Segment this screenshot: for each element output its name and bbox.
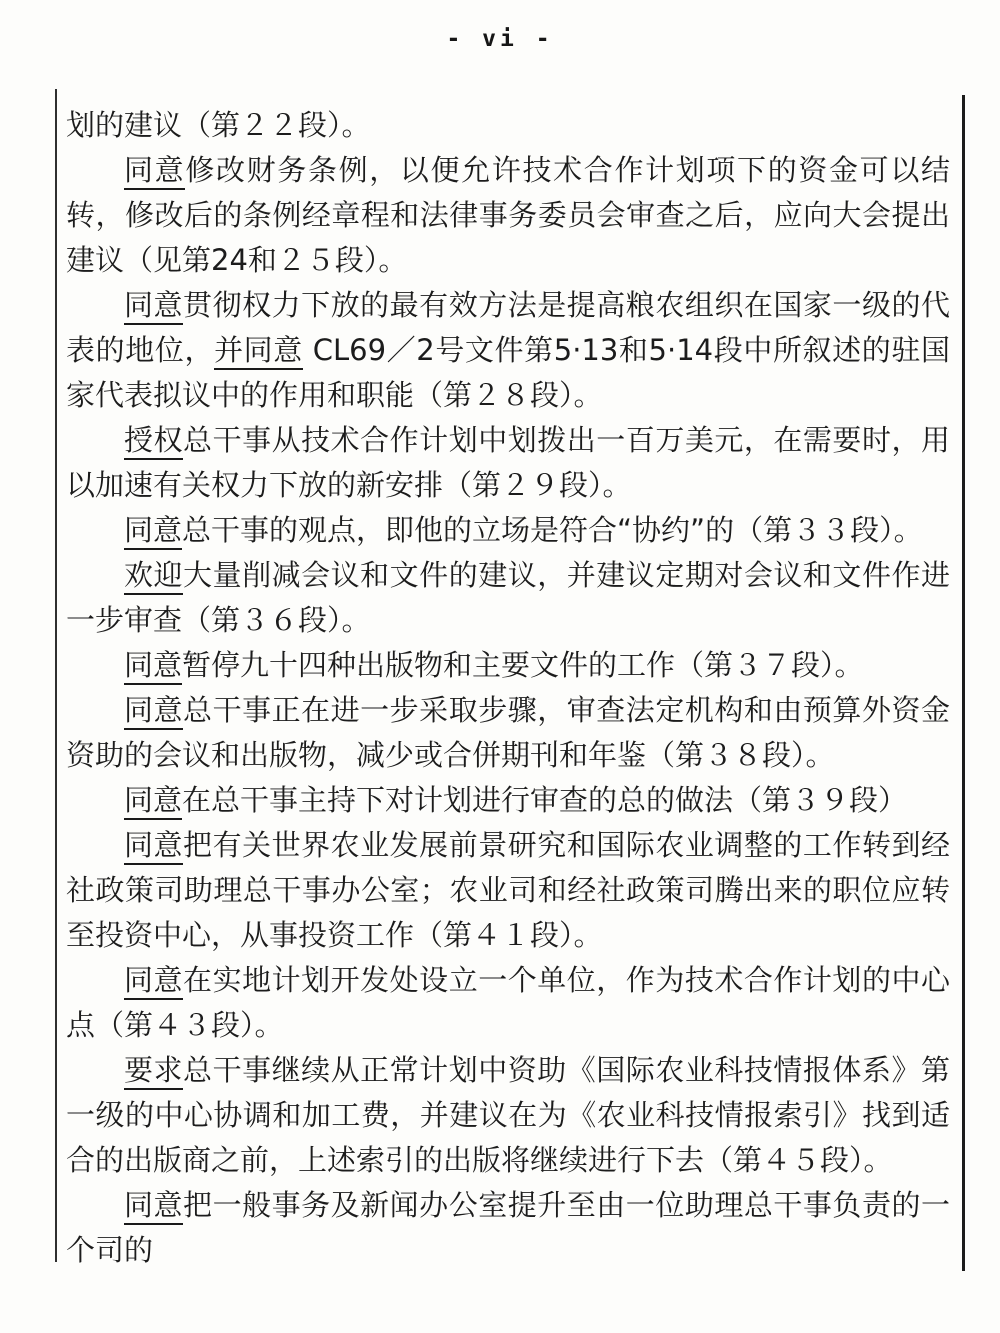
paragraph: 同意总干事的观点，即他的立场是符合“协约”的（第３３段）。 — [66, 508, 950, 553]
page-frame-left-line — [55, 89, 57, 1262]
paragraph-text: 修改财务条例，以便允许技术合作计划项下的资金可以结转，修改后的条例经章程和法律事… — [66, 153, 950, 277]
paragraph-text: 总干事从技术合作计划中划拨出一百万美元，在需要时，用以加速有关权力下放的新安排（… — [66, 423, 950, 502]
underlined-keyword: 同意 — [124, 828, 183, 865]
paragraph-text: 在总干事主持下对计划进行审查的总的做法（第３９段） — [182, 783, 907, 817]
paragraph-text: 把一般事务及新闻办公室提升至由一位助理总干事负责的一个司的 — [66, 1188, 950, 1267]
paragraph-text: 大量削减会议和文件的建议，并建议定期对会议和文件作进一步审查（第３６段）。 — [66, 558, 950, 637]
paragraph: 同意贯彻权力下放的最有效方法是提高粮农组织在国家一级的代表的地位，并同意 CL6… — [66, 283, 950, 418]
paragraph: 同意把一般事务及新闻办公室提升至由一位助理总干事负责的一个司的 — [66, 1183, 950, 1273]
paragraph-text: 在实地计划开发处设立一个单位，作为技术合作计划的中心点（第４３段）。 — [66, 963, 950, 1042]
paragraph: 授权总干事从技术合作计划中划拨出一百万美元，在需要时，用以加速有关权力下放的新安… — [66, 418, 950, 508]
paragraph: 欢迎大量削减会议和文件的建议，并建议定期对会议和文件作进一步审查（第３６段）。 — [66, 553, 950, 643]
paragraph: 要求总干事继续从正常计划中资助《国际农业科技情报体系》第一级的中心协调和加工费，… — [66, 1048, 950, 1183]
underlined-keyword: 同意 — [124, 963, 183, 1000]
paragraph: 同意在总干事主持下对计划进行审查的总的做法（第３９段） — [66, 778, 950, 823]
paragraph-text: 总干事正在进一步采取步骤，审查法定机构和由预算外资金资助的会议和出版物，减少或合… — [66, 693, 950, 772]
underlined-keyword: 要求 — [124, 1053, 183, 1090]
paragraph: 同意暂停九十四种出版物和主要文件的工作（第３７段）。 — [66, 643, 950, 688]
paragraph: 同意总干事正在进一步采取步骤，审查法定机构和由预算外资金资助的会议和出版物，减少… — [66, 688, 950, 778]
paragraph-text: 总干事继续从正常计划中资助《国际农业科技情报体系》第一级的中心协调和加工费，并建… — [66, 1053, 950, 1177]
underlined-keyword: 同意 — [124, 513, 182, 550]
page-number: - vi - — [0, 26, 1000, 52]
underlined-keyword: 同意 — [124, 288, 183, 325]
paragraph-text: 总干事的观点，即他的立场是符合“协约”的（第３３段）。 — [182, 513, 923, 547]
paragraph: 同意把有关世界农业发展前景研究和国际农业调整的工作转到经社政策司助理总干事办公室… — [66, 823, 950, 958]
resolution-text-block: 划的建议（第２２段）。同意修改财务条例，以便允许技术合作计划项下的资金可以结转，… — [66, 103, 950, 1273]
underlined-keyword: 同意 — [124, 648, 182, 685]
paragraph-text: 划的建议（第２２段）。 — [66, 108, 371, 142]
underlined-keyword: 并同意 — [214, 333, 303, 370]
paragraph-text: 把有关世界农业发展前景研究和国际农业调整的工作转到经社政策司助理总干事办公室；农… — [66, 828, 950, 952]
page-frame-right-line — [962, 95, 965, 1271]
underlined-keyword: 欢迎 — [124, 558, 183, 595]
underlined-keyword: 同意 — [124, 693, 183, 730]
underlined-keyword: 授权 — [124, 423, 183, 460]
paragraph: 同意修改财务条例，以便允许技术合作计划项下的资金可以结转，修改后的条例经章程和法… — [66, 148, 950, 283]
underlined-keyword: 同意 — [124, 1188, 183, 1225]
paragraph: 同意在实地计划开发处设立一个单位，作为技术合作计划的中心点（第４３段）。 — [66, 958, 950, 1048]
paragraph-text: 暂停九十四种出版物和主要文件的工作（第３７段）。 — [182, 648, 864, 682]
paragraph: 划的建议（第２２段）。 — [66, 103, 950, 148]
underlined-keyword: 同意 — [124, 783, 182, 820]
underlined-keyword: 同意 — [124, 153, 185, 190]
